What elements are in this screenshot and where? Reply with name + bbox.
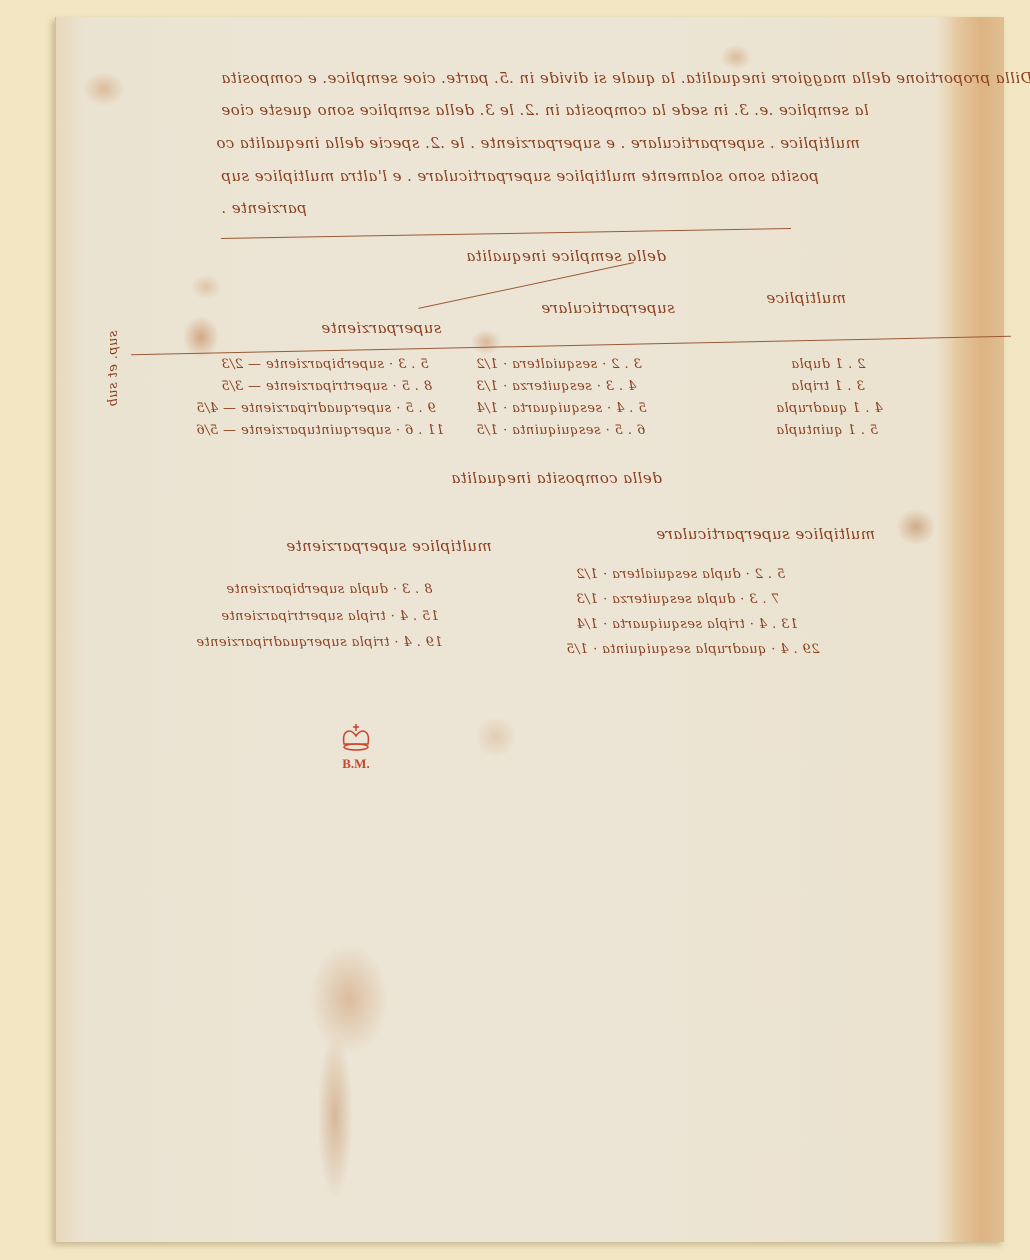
superparticulare-row: 6 . 5 · sesquiquinta · 1/5: [476, 423, 645, 438]
superparticulare-row: 5 . 4 · sesquiquarta · 1/4: [476, 401, 647, 416]
branch-multiplice: multiplice: [766, 289, 846, 307]
composite-left-row: 7 . 3 · dupla sesquiterza · 1/3: [576, 592, 780, 607]
composite-left-row: 13 . 4 · tripla sesquiquarta · 1/4: [576, 617, 798, 632]
superparziente-row: 11 . 6 · superquintuparziente — 5/6: [196, 423, 444, 438]
superparziente-row: 5 . 3 · superbiparziente — 2/3: [221, 357, 429, 372]
superparticulare-row: 4 . 3 · sesquiterza · 1/3: [476, 379, 636, 394]
stamp-label: B.M.: [331, 756, 381, 772]
superparziente-row: 8 . 5 · supertriparziente — 3/5: [221, 379, 432, 394]
underline-rule: [221, 228, 791, 239]
multiplice-row: 3 . 1 tripla: [791, 379, 865, 394]
paragraph-line-5: parziente .: [221, 199, 307, 217]
diagram-rule: [131, 336, 1011, 355]
manuscript-sheet: Dilla proportione della maggiore inequal…: [55, 17, 1004, 1242]
composite-left-row: 5 . 2 · dupla sesquialtera · 1/2: [576, 567, 785, 582]
superparziente-row: 9 . 5 · superquadriparziente — 4/5: [196, 401, 436, 416]
multiplice-row: 5 . 1 quintupla: [776, 423, 878, 438]
composite-right-row: 19 . 4 · tripla superquadriparziente: [196, 635, 443, 650]
superparticulare-row: 3 . 2 · sesquialtera · 1/2: [476, 357, 642, 372]
stained-edge-strip: [949, 17, 1004, 1242]
branch-superparziente: superparziente: [321, 319, 441, 337]
water-stain: [286, 947, 426, 1207]
side-label: sup. et sub: [106, 331, 121, 407]
paragraph-line-1: Dilla proportione della maggiore inequal…: [221, 69, 1030, 87]
diagram-title: della semplice inequalita: [466, 247, 666, 265]
composite-right-row: 8 . 3 · dupla superbiparziente: [226, 582, 432, 597]
composite-left-row: 29 . 4 · quadrupla sesquiquinta · 1/5: [566, 642, 820, 657]
paragraph-line-2: la semplice .e. 3. in sede la composita …: [221, 101, 869, 119]
composite-right-row: 15 . 4 · tripla supertriparziente: [221, 609, 439, 624]
multiplice-row: 2 . 1 dupla: [791, 357, 865, 372]
collection-stamp: B.M.: [331, 722, 381, 772]
composite-title: della composita inequalita: [451, 469, 662, 487]
paragraph-line-3: multiplice . superparticulare . e superp…: [216, 134, 860, 152]
crown-icon: [339, 722, 373, 752]
composite-left-heading: multiplice superparticulare: [656, 525, 875, 543]
multiplice-row: 4 . 1 quadrupla: [776, 401, 883, 416]
branch-superparticulare: superparticulare: [541, 299, 675, 317]
paragraph-line-4: posita sono solamente multiplice superpa…: [221, 167, 819, 185]
composite-right-heading: multiplice superparziente: [286, 537, 492, 555]
